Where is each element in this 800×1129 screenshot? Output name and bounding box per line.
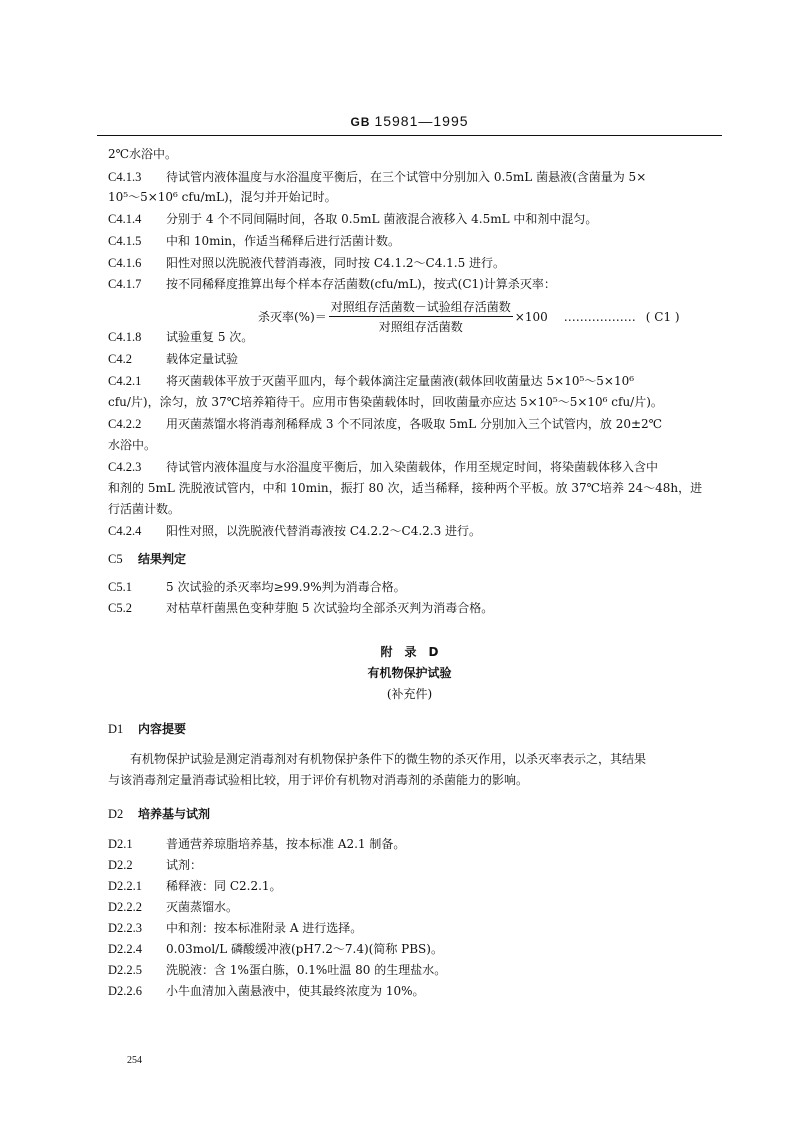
clause-c4-2: C4.2载体定量试验 (108, 352, 720, 366)
clause-c4-2-1-cont: cfu/片)，涂匀，放 37℃培养箱待干。应用市售染菌载体时，回收菌量亦应达 5… (108, 395, 720, 409)
d1-paragraph: 有机物保护试验是测定消毒剂对有机物保护条件下的微生物的杀灭作用，以杀灭率表示之，… (130, 752, 742, 766)
clause-d2-1: D2.1普通营养琼脂培养基，按本标准 A2.1 制备。 (108, 837, 720, 851)
clause-c4-2-3: C4.2.3待试管内液体温度与水浴温度平衡后，加入染菌载体，作用至规定时间，将染… (108, 460, 720, 474)
clause-c4-1-8: C4.1.8试验重复 5 次。 (108, 330, 720, 344)
clause-c4-1-5: C4.1.5中和 10min，作适当稀释后进行活菌计数。 (108, 234, 720, 248)
clause-c4-1-6: C4.1.6阳性对照以洗脱液代替消毒液，同时按 C4.1.2～C4.1.5 进行… (108, 256, 720, 270)
section-c5-heading: C5结果判定 (108, 552, 720, 566)
clause-c4-1-3: C4.1.3待试管内液体温度与水浴温度平衡后，在三个试管中分别加入 0.5mL … (108, 170, 720, 184)
equation-number: ( C1 ) (646, 310, 680, 324)
clause-d2-2-6: D2.2.6小牛血清加入菌悬液中，使其最终浓度为 10%。 (108, 984, 720, 998)
clause-c5-1: C5.15 次试验的杀灭率均≥99.9%判为消毒合格。 (108, 580, 720, 594)
appendix-title: 附 录 D (97, 645, 722, 659)
continuation-line: 2℃水浴中。 (108, 147, 720, 161)
appendix-subtitle: 有机物保护试验 (97, 666, 722, 680)
formula-numerator: 对照组存活菌数－试验组存活菌数 (329, 298, 513, 317)
page-header: GB15981—1995 (97, 113, 722, 129)
formula-multiplier: ×100 (515, 310, 548, 324)
clause-d2-2-5: D2.2.5洗脱液：含 1%蛋白胨，0.1%吐温 80 的生理盐水。 (108, 963, 720, 977)
formula-lhs: 杀灭率(%)＝ (258, 308, 327, 325)
formula-leader-dots: ……………… (564, 310, 636, 324)
clause-c4-2-3-cont2: 行活菌计数。 (108, 502, 720, 516)
standard-code: 15981—1995 (374, 113, 468, 129)
clause-d2-2-2: D2.2.2灭菌蒸馏水。 (108, 900, 720, 914)
clause-d2-2: D2.2试剂： (108, 858, 720, 872)
header-rule (97, 135, 722, 136)
page-number: 254 (127, 1055, 142, 1066)
clause-c4-2-2: C4.2.2用灭菌蒸馏水将消毒剂稀释成 3 个不同浓度，各吸取 5mL 分别加入… (108, 417, 720, 431)
section-d2-heading: D2培养基与试剂 (108, 807, 720, 821)
clause-d2-2-4: D2.2.40.03mol/L 磷酸缓冲液(pH7.2～7.4)(简称 PBS)… (108, 942, 720, 956)
clause-c4-2-4: C4.2.4阳性对照，以洗脱液代替消毒液按 C4.2.2～C4.2.3 进行。 (108, 524, 720, 538)
clause-c4-1-4: C4.1.4分别于 4 个不同间隔时间，各取 0.5mL 菌液混合液移入 4.5… (108, 212, 720, 226)
appendix-note: (补充件) (97, 687, 722, 701)
document-page: GB15981—1995 2℃水浴中。 C4.1.3待试管内液体温度与水浴温度平… (0, 0, 800, 1129)
standard-prefix: GB (350, 115, 370, 129)
clause-c4-2-1: C4.2.1将灭菌载体平放于灭菌平皿内，每个载体滴注定量菌液(载体回收菌量达 5… (108, 374, 720, 388)
clause-c4-1-7: C4.1.7按不同稀释度推算出每个样本存活菌数(cfu/mL)，按式(C1)计算… (108, 277, 720, 291)
d1-paragraph-cont: 与该消毒剂定量消毒试验相比较，用于评价有机物对消毒剂的杀菌能力的影响。 (108, 773, 720, 787)
section-d1-heading: D1内容提要 (108, 722, 720, 736)
clause-d2-2-3: D2.2.3中和剂：按本标准附录 A 进行选择。 (108, 921, 720, 935)
clause-c4-2-3-cont: 和剂的 5mL 洗脱液试管内，中和 10min，振打 80 次，适当稀释，接种两… (108, 481, 720, 495)
clause-c4-2-2-cont: 水浴中。 (108, 438, 720, 452)
clause-c4-1-3-cont: 10⁵～5×10⁶ cfu/mL)，混匀并开始记时。 (108, 190, 720, 204)
clause-d2-2-1: D2.2.1稀释液：同 C2.2.1。 (108, 879, 720, 893)
clause-c5-2: C5.2对枯草杆菌黑色变种芽胞 5 次试验均全部杀灭判为消毒合格。 (108, 601, 720, 615)
